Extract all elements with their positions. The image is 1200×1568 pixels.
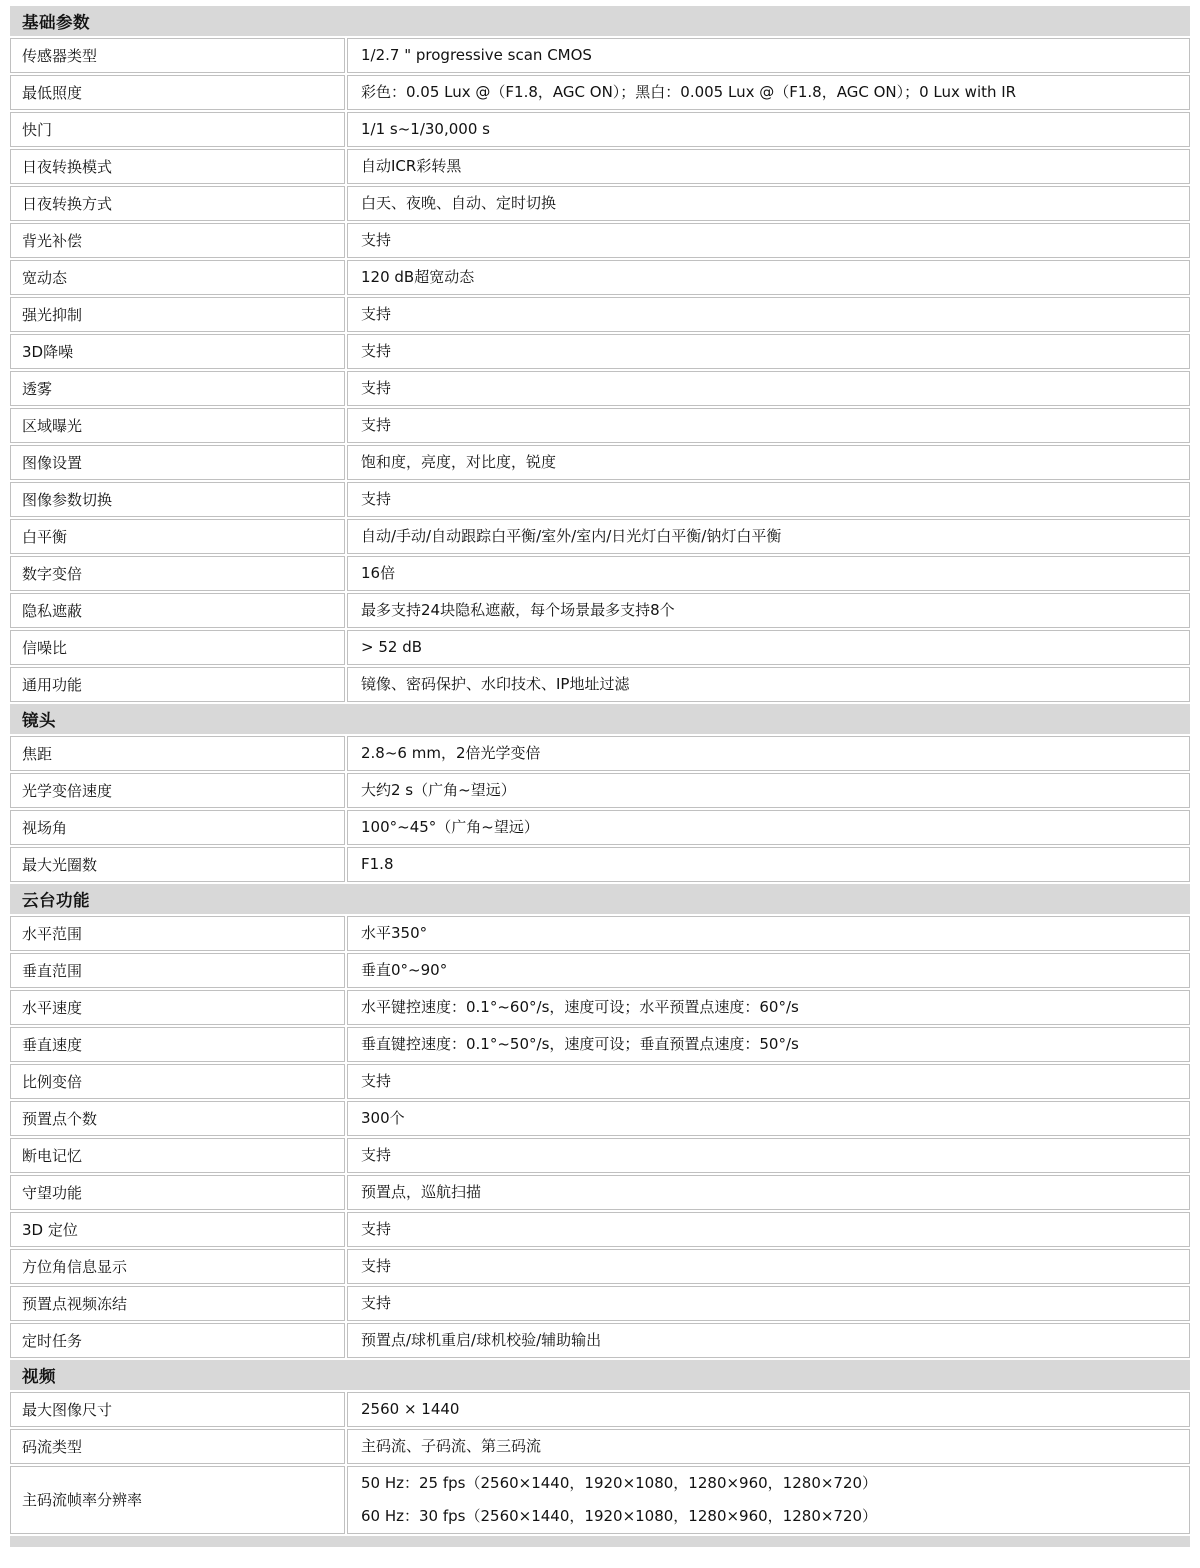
row-value-line: 100°~45°（广角~望远） <box>361 811 1179 844</box>
row-value: 2560 × 1440 <box>347 1392 1190 1427</box>
row-value: 支持 <box>347 223 1190 258</box>
row-value: 支持 <box>347 408 1190 443</box>
row-label: 快门 <box>10 112 345 147</box>
section-header-row: 视频 <box>10 1360 1190 1390</box>
row-label: 垂直速度 <box>10 1027 345 1062</box>
row-label: 焦距 <box>10 736 345 771</box>
row-value-line: 支持 <box>361 335 1179 368</box>
row-label: 日夜转换模式 <box>10 149 345 184</box>
row-label: 日夜转换方式 <box>10 186 345 221</box>
row-value-line: 支持 <box>361 372 1179 405</box>
section-header-row: 镜头 <box>10 704 1190 734</box>
spec-row: 宽动态120 dB超宽动态 <box>10 260 1190 295</box>
row-value: 彩色：0.05 Lux @（F1.8，AGC ON）；黑白：0.005 Lux … <box>347 75 1190 110</box>
row-value: F1.8 <box>347 847 1190 882</box>
section-title: 基础参数 <box>10 6 1190 36</box>
spec-row: 比例变倍支持 <box>10 1064 1190 1099</box>
row-value: > 52 dB <box>347 630 1190 665</box>
row-label: 背光补偿 <box>10 223 345 258</box>
spec-row: 定时任务预置点/球机重启/球机校验/辅助输出 <box>10 1323 1190 1358</box>
row-label: 白平衡 <box>10 519 345 554</box>
spec-row: 码流类型主码流、子码流、第三码流 <box>10 1429 1190 1464</box>
spec-row: 主码流帧率分辨率50 Hz：25 fps（2560×1440，1920×1080… <box>10 1466 1190 1534</box>
row-label: 视场角 <box>10 810 345 845</box>
spec-row: 光学变倍速度大约2 s（广角~望远） <box>10 773 1190 808</box>
spec-row: 最低照度彩色：0.05 Lux @（F1.8，AGC ON）；黑白：0.005 … <box>10 75 1190 110</box>
row-value: 垂直键控速度：0.1°~50°/s，速度可设；垂直预置点速度：50°/s <box>347 1027 1190 1062</box>
row-value: 大约2 s（广角~望远） <box>347 773 1190 808</box>
spec-row: 垂直范围垂直0°~90° <box>10 953 1190 988</box>
row-value-line: 1/2.7 " progressive scan CMOS <box>361 39 1179 72</box>
row-value-line: 水平键控速度：0.1°~60°/s，速度可设；水平预置点速度：60°/s <box>361 991 1179 1024</box>
row-value-line: 预置点/球机重启/球机校验/辅助输出 <box>361 1324 1179 1357</box>
row-label: 图像参数切换 <box>10 482 345 517</box>
spec-row: 图像设置饱和度，亮度，对比度，锐度 <box>10 445 1190 480</box>
row-value-line: 主码流、子码流、第三码流 <box>361 1430 1179 1463</box>
row-value-line: 大约2 s（广角~望远） <box>361 774 1179 807</box>
row-label: 图像设置 <box>10 445 345 480</box>
row-value-line: 支持 <box>361 1250 1179 1283</box>
row-label: 垂直范围 <box>10 953 345 988</box>
row-value-line: 120 dB超宽动态 <box>361 261 1179 294</box>
spec-row: 快门1/1 s~1/30,000 s <box>10 112 1190 147</box>
spec-table: 基础参数传感器类型1/2.7 " progressive scan CMOS最低… <box>8 4 1192 1536</box>
section-title: 镜头 <box>10 704 1190 734</box>
row-value-line: 2560 × 1440 <box>361 1393 1179 1426</box>
spec-row: 3D 定位支持 <box>10 1212 1190 1247</box>
spec-row: 传感器类型1/2.7 " progressive scan CMOS <box>10 38 1190 73</box>
row-label: 守望功能 <box>10 1175 345 1210</box>
row-value: 自动ICR彩转黑 <box>347 149 1190 184</box>
row-value: 2.8~6 mm，2倍光学变倍 <box>347 736 1190 771</box>
row-value: 16倍 <box>347 556 1190 591</box>
row-label: 最低照度 <box>10 75 345 110</box>
row-value-line: 支持 <box>361 483 1179 516</box>
row-value: 支持 <box>347 334 1190 369</box>
row-value: 支持 <box>347 1212 1190 1247</box>
row-value-line: 16倍 <box>361 557 1179 590</box>
row-value: 主码流、子码流、第三码流 <box>347 1429 1190 1464</box>
spec-row: 视场角100°~45°（广角~望远） <box>10 810 1190 845</box>
section-header-row: 基础参数 <box>10 6 1190 36</box>
spec-row: 隐私遮蔽最多支持24块隐私遮蔽，每个场景最多支持8个 <box>10 593 1190 628</box>
row-label: 水平速度 <box>10 990 345 1025</box>
row-label: 水平范围 <box>10 916 345 951</box>
row-value-line: F1.8 <box>361 848 1179 881</box>
row-label: 定时任务 <box>10 1323 345 1358</box>
spec-row: 水平范围水平350° <box>10 916 1190 951</box>
spec-table-body: 基础参数传感器类型1/2.7 " progressive scan CMOS最低… <box>10 6 1190 1534</box>
spec-row: 区域曝光支持 <box>10 408 1190 443</box>
spec-row: 通用功能镜像、密码保护、水印技术、IP地址过滤 <box>10 667 1190 702</box>
row-value: 支持 <box>347 297 1190 332</box>
truncated-section-bar <box>10 1536 1190 1547</box>
row-label: 区域曝光 <box>10 408 345 443</box>
row-value: 支持 <box>347 482 1190 517</box>
row-value-line: 饱和度，亮度，对比度，锐度 <box>361 446 1179 479</box>
spec-sheet-page: 基础参数传感器类型1/2.7 " progressive scan CMOS最低… <box>0 0 1200 1568</box>
row-value: 支持 <box>347 371 1190 406</box>
row-value: 预置点，巡航扫描 <box>347 1175 1190 1210</box>
spec-row: 日夜转换方式白天、夜晚、自动、定时切换 <box>10 186 1190 221</box>
row-value: 白天、夜晚、自动、定时切换 <box>347 186 1190 221</box>
row-value: 120 dB超宽动态 <box>347 260 1190 295</box>
spec-row: 最大光圈数F1.8 <box>10 847 1190 882</box>
row-label: 预置点视频冻结 <box>10 1286 345 1321</box>
row-value-line: 2.8~6 mm，2倍光学变倍 <box>361 737 1179 770</box>
row-value-line: 垂直键控速度：0.1°~50°/s，速度可设；垂直预置点速度：50°/s <box>361 1028 1179 1061</box>
row-value: 300个 <box>347 1101 1190 1136</box>
row-value-line: 白天、夜晚、自动、定时切换 <box>361 187 1179 220</box>
spec-row: 白平衡自动/手动/自动跟踪白平衡/室外/室内/日光灯白平衡/钠灯白平衡 <box>10 519 1190 554</box>
row-label: 方位角信息显示 <box>10 1249 345 1284</box>
row-value: 支持 <box>347 1064 1190 1099</box>
row-label: 强光抑制 <box>10 297 345 332</box>
spec-row: 信噪比> 52 dB <box>10 630 1190 665</box>
row-label: 透雾 <box>10 371 345 406</box>
row-value-line: 支持 <box>361 1065 1179 1098</box>
row-value: 水平键控速度：0.1°~60°/s，速度可设；水平预置点速度：60°/s <box>347 990 1190 1025</box>
spec-row: 背光补偿支持 <box>10 223 1190 258</box>
row-value-line: 支持 <box>361 298 1179 331</box>
row-value: 支持 <box>347 1286 1190 1321</box>
spec-row: 断电记忆支持 <box>10 1138 1190 1173</box>
spec-row: 焦距2.8~6 mm，2倍光学变倍 <box>10 736 1190 771</box>
row-value: 水平350° <box>347 916 1190 951</box>
spec-row: 日夜转换模式自动ICR彩转黑 <box>10 149 1190 184</box>
row-value-line: 60 Hz：30 fps（2560×1440，1920×1080，1280×96… <box>361 1500 1179 1533</box>
spec-row: 预置点个数300个 <box>10 1101 1190 1136</box>
row-label: 断电记忆 <box>10 1138 345 1173</box>
row-value: 镜像、密码保护、水印技术、IP地址过滤 <box>347 667 1190 702</box>
spec-row: 预置点视频冻结支持 <box>10 1286 1190 1321</box>
row-label: 传感器类型 <box>10 38 345 73</box>
row-value: 1/1 s~1/30,000 s <box>347 112 1190 147</box>
row-label: 最大图像尺寸 <box>10 1392 345 1427</box>
row-label: 最大光圈数 <box>10 847 345 882</box>
spec-row: 方位角信息显示支持 <box>10 1249 1190 1284</box>
row-label: 隐私遮蔽 <box>10 593 345 628</box>
spec-row: 强光抑制支持 <box>10 297 1190 332</box>
row-value: 100°~45°（广角~望远） <box>347 810 1190 845</box>
row-label: 通用功能 <box>10 667 345 702</box>
row-value: 自动/手动/自动跟踪白平衡/室外/室内/日光灯白平衡/钠灯白平衡 <box>347 519 1190 554</box>
section-title: 云台功能 <box>10 884 1190 914</box>
row-value-line: 自动ICR彩转黑 <box>361 150 1179 183</box>
row-label: 信噪比 <box>10 630 345 665</box>
row-value-line: 支持 <box>361 1139 1179 1172</box>
row-value-line: 50 Hz：25 fps（2560×1440，1920×1080，1280×96… <box>361 1467 1179 1500</box>
row-label: 预置点个数 <box>10 1101 345 1136</box>
row-value: 50 Hz：25 fps（2560×1440，1920×1080，1280×96… <box>347 1466 1190 1534</box>
row-value-line: 预置点，巡航扫描 <box>361 1176 1179 1209</box>
row-value: 饱和度，亮度，对比度，锐度 <box>347 445 1190 480</box>
row-value: 支持 <box>347 1138 1190 1173</box>
row-value-line: 自动/手动/自动跟踪白平衡/室外/室内/日光灯白平衡/钠灯白平衡 <box>361 520 1179 553</box>
row-label: 宽动态 <box>10 260 345 295</box>
row-value: 支持 <box>347 1249 1190 1284</box>
row-value-line: 垂直0°~90° <box>361 954 1179 987</box>
row-value: 预置点/球机重启/球机校验/辅助输出 <box>347 1323 1190 1358</box>
row-value-line: 镜像、密码保护、水印技术、IP地址过滤 <box>361 668 1179 701</box>
spec-row: 3D降噪支持 <box>10 334 1190 369</box>
row-value: 最多支持24块隐私遮蔽，每个场景最多支持8个 <box>347 593 1190 628</box>
section-title: 视频 <box>10 1360 1190 1390</box>
spec-row: 守望功能预置点，巡航扫描 <box>10 1175 1190 1210</box>
row-value: 1/2.7 " progressive scan CMOS <box>347 38 1190 73</box>
row-value-line: 1/1 s~1/30,000 s <box>361 113 1179 146</box>
row-label: 数字变倍 <box>10 556 345 591</box>
row-value-line: 水平350° <box>361 917 1179 950</box>
row-label: 3D 定位 <box>10 1212 345 1247</box>
section-header-row: 云台功能 <box>10 884 1190 914</box>
row-value-line: 支持 <box>361 224 1179 257</box>
row-value: 垂直0°~90° <box>347 953 1190 988</box>
spec-row: 数字变倍16倍 <box>10 556 1190 591</box>
row-value-line: 支持 <box>361 409 1179 442</box>
row-label: 码流类型 <box>10 1429 345 1464</box>
row-value-line: 彩色：0.05 Lux @（F1.8，AGC ON）；黑白：0.005 Lux … <box>361 76 1179 109</box>
spec-row: 水平速度水平键控速度：0.1°~60°/s，速度可设；水平预置点速度：60°/s <box>10 990 1190 1025</box>
spec-row: 最大图像尺寸2560 × 1440 <box>10 1392 1190 1427</box>
spec-row: 图像参数切换支持 <box>10 482 1190 517</box>
row-value-line: 最多支持24块隐私遮蔽，每个场景最多支持8个 <box>361 594 1179 627</box>
spec-row: 透雾支持 <box>10 371 1190 406</box>
row-label: 比例变倍 <box>10 1064 345 1099</box>
row-value-line: 300个 <box>361 1102 1179 1135</box>
row-label: 3D降噪 <box>10 334 345 369</box>
row-value-line: 支持 <box>361 1287 1179 1320</box>
spec-row: 垂直速度垂直键控速度：0.1°~50°/s，速度可设；垂直预置点速度：50°/s <box>10 1027 1190 1062</box>
row-label: 主码流帧率分辨率 <box>10 1466 345 1534</box>
row-value-line: > 52 dB <box>361 631 1179 664</box>
row-label: 光学变倍速度 <box>10 773 345 808</box>
row-value-line: 支持 <box>361 1213 1179 1246</box>
